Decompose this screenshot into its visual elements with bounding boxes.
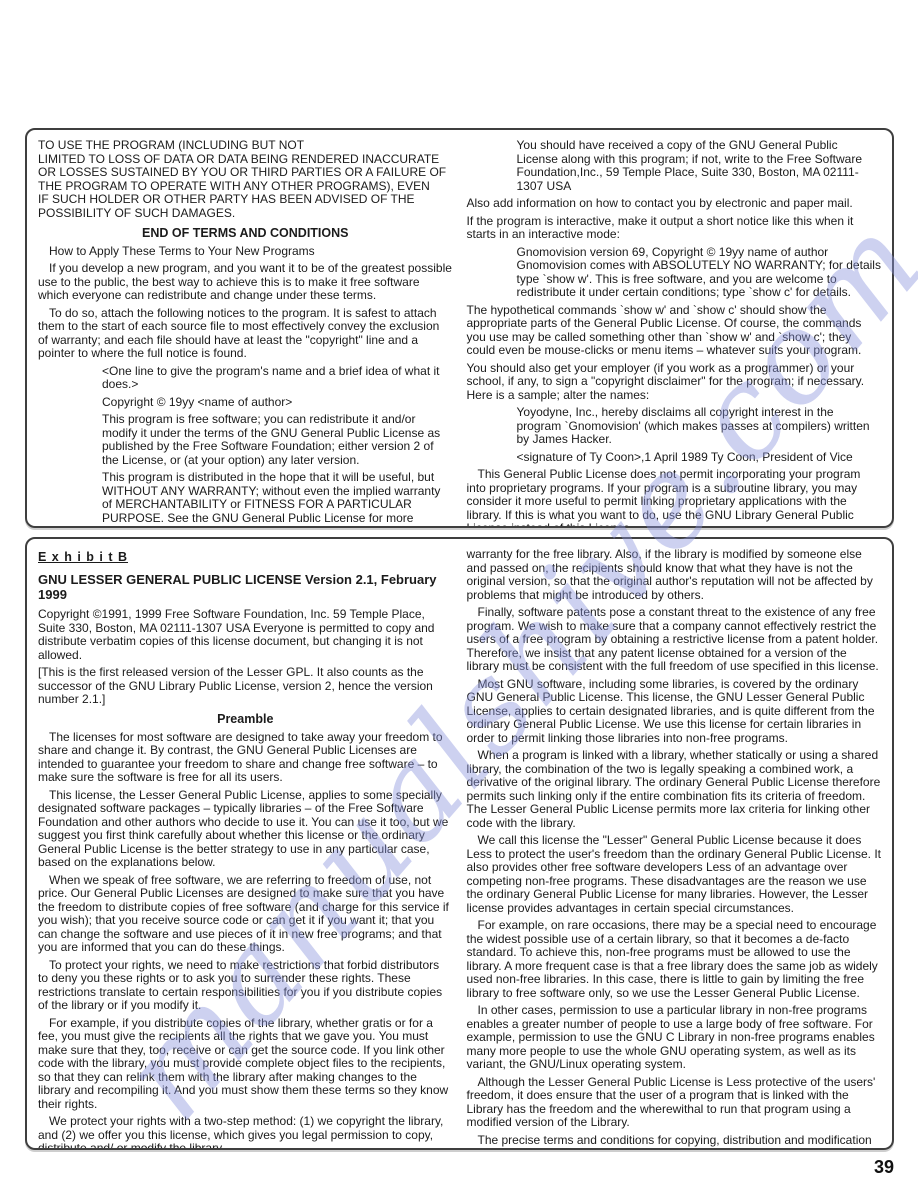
- gpl-terms-box: TO USE THE PROGRAM (INCLUDING BUT NOT LI…: [25, 128, 894, 528]
- paragraph: The hypothetical commands `show w' and `…: [467, 304, 882, 358]
- box2-left-column: E x h i b i t B GNU LESSER GENERAL PUBLI…: [38, 548, 453, 1142]
- paragraph: To protect your rights, we need to make …: [38, 959, 453, 1013]
- paragraph: Yoyodyne, Inc., hereby disclaims all cop…: [517, 406, 882, 447]
- paragraph: We call this license the "Lesser" Genera…: [467, 834, 882, 915]
- paragraph: Gnomovision version 69, Copyright © 19yy…: [517, 246, 882, 300]
- paragraph: This license, the Lesser General Public …: [38, 789, 453, 870]
- paragraph: Also add information on how to contact y…: [467, 197, 882, 211]
- paragraph: [This is the first released version of t…: [38, 666, 453, 707]
- paragraph: If you develop a new program, and you wa…: [38, 262, 453, 303]
- paragraph: For example, if you distribute copies of…: [38, 1017, 453, 1112]
- paragraph: To do so, attach the following notices t…: [38, 307, 453, 361]
- paragraph: For example, on rare occasions, there ma…: [467, 919, 882, 1000]
- paragraph: You should have received a copy of the G…: [517, 139, 882, 193]
- box2-right-paragraphs: warranty for the free library. Also, if …: [467, 548, 882, 1147]
- paragraph: When a program is linked with a library,…: [467, 749, 882, 830]
- preamble-heading: Preamble: [38, 712, 453, 726]
- paragraph: The precise terms and conditions for cop…: [467, 1134, 882, 1148]
- paragraph: If the program is interactive, make it o…: [467, 215, 882, 242]
- box1-left-column: TO USE THE PROGRAM (INCLUDING BUT NOT LI…: [38, 139, 453, 520]
- paragraph: How to Apply These Terms to Your New Pro…: [38, 245, 453, 259]
- box1-right-paragraphs: You should have received a copy of the G…: [467, 139, 882, 528]
- paragraph: Although the Lesser General Public Licen…: [467, 1076, 882, 1130]
- lgpl-exhibit-box: E x h i b i t B GNU LESSER GENERAL PUBLI…: [25, 537, 894, 1150]
- end-of-terms-heading: END OF TERMS AND CONDITIONS: [38, 226, 453, 240]
- box2-right-column: warranty for the free library. Also, if …: [467, 548, 882, 1142]
- box1-right-column: You should have received a copy of the G…: [467, 139, 882, 520]
- paragraph: warranty for the free library. Also, if …: [467, 548, 882, 602]
- paragraph: You should also get your employer (if yo…: [467, 362, 882, 403]
- box2-left-top-paragraphs: Copyright ©1991, 1999 Free Software Foun…: [38, 608, 453, 707]
- exhibit-b-label: E x h i b i t B: [38, 550, 453, 564]
- paragraph: Finally, software patents pose a constan…: [467, 606, 882, 674]
- paragraph: <One line to give the program's name and…: [102, 365, 453, 392]
- warranty-disclaimer-text: TO USE THE PROGRAM (INCLUDING BUT NOT LI…: [38, 139, 453, 221]
- paragraph: In other cases, permission to use a part…: [467, 1004, 882, 1072]
- paragraph: Most GNU software, including some librar…: [467, 678, 882, 746]
- paragraph: When we speak of free software, we are r…: [38, 874, 453, 955]
- paragraph: Copyright © 19yy <name of author>: [102, 396, 453, 410]
- lgpl-title: GNU LESSER GENERAL PUBLIC LICENSE Versio…: [38, 572, 453, 602]
- box1-left-paragraphs: How to Apply These Terms to Your New Pro…: [38, 245, 453, 528]
- paragraph: This General Public License does not per…: [467, 468, 882, 528]
- paragraph: We protect your rights with a two-step m…: [38, 1115, 453, 1150]
- paragraph: This program is distributed in the hope …: [102, 471, 453, 528]
- paragraph: <signature of Ty Coon>,1 April 1989 Ty C…: [517, 451, 882, 465]
- page-number: 39: [874, 1157, 894, 1178]
- paragraph: This program is free software; you can r…: [102, 413, 453, 467]
- paragraph: Copyright ©1991, 1999 Free Software Foun…: [38, 608, 453, 662]
- paragraph: The licenses for most software are desig…: [38, 731, 453, 785]
- box2-left-paragraphs: The licenses for most software are desig…: [38, 731, 453, 1151]
